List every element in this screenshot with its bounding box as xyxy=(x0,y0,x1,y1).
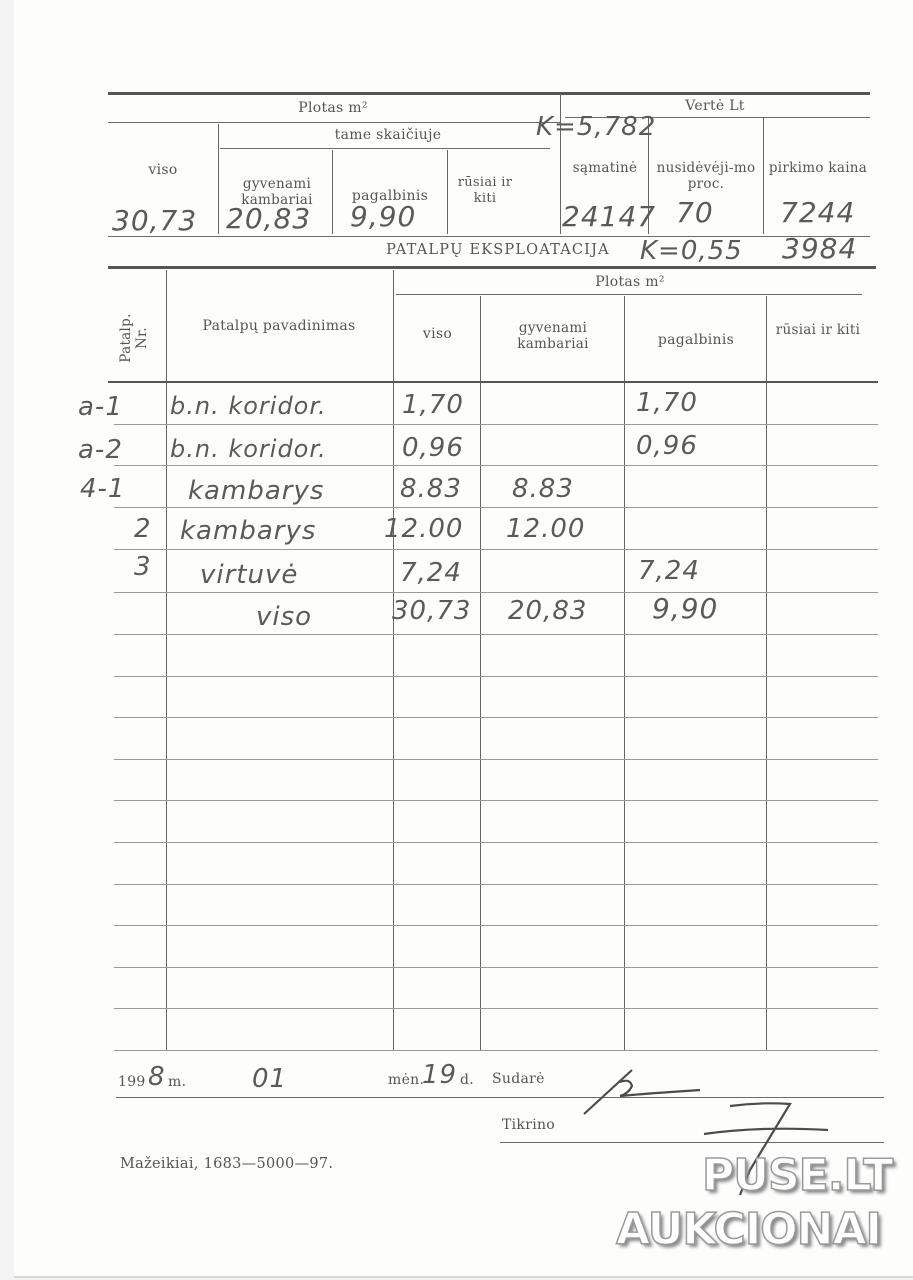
estimated-value: 24147 xyxy=(562,200,656,233)
room-auxiliary: 9,90 xyxy=(652,592,718,625)
room-name: b.n. koridor. xyxy=(170,435,327,463)
operation-value: 3984 xyxy=(782,232,857,265)
day-value: 19 xyxy=(422,1060,457,1090)
row-rule xyxy=(114,759,878,760)
divider xyxy=(220,148,550,149)
divider xyxy=(763,118,764,234)
area-group-header: Plotas m² xyxy=(395,274,865,290)
room-no: 3 xyxy=(134,552,152,582)
row-rule xyxy=(114,424,878,425)
year-prefix: 199 xyxy=(118,1074,146,1090)
purchase-price-header: pirkimo kaina xyxy=(766,160,870,176)
row-rule xyxy=(114,967,878,968)
column-divider xyxy=(624,296,625,1050)
operation-coefficient: K=0,55 xyxy=(640,236,743,266)
basements-header: rūsiai ir kiti xyxy=(450,175,520,207)
watermark-line2: AUKCIONAI xyxy=(616,1204,881,1255)
row-rule xyxy=(114,717,878,718)
room-name: viso xyxy=(256,602,312,632)
printer-note: Mažeikiai, 1683—5000—97. xyxy=(120,1156,333,1172)
header-bottom-border xyxy=(108,381,878,383)
divider xyxy=(396,294,862,295)
column-divider xyxy=(166,270,167,1050)
room-name-header: Patalpų pavadinimas xyxy=(168,318,390,334)
living-rooms-value: 20,83 xyxy=(226,202,311,235)
row-rule xyxy=(114,1050,878,1051)
depreciation-header: nusidėvėji-mo proc. xyxy=(652,160,760,192)
room-name: virtuvė xyxy=(200,560,298,590)
year-suffix: m. xyxy=(168,1074,186,1090)
room-total: 0,96 xyxy=(402,433,464,463)
total-header: viso xyxy=(108,162,218,178)
total-value: 30,73 xyxy=(112,204,197,237)
coefficient-handwritten: K=5,782 xyxy=(536,112,656,142)
row-rule xyxy=(114,676,878,677)
day-label: d. xyxy=(460,1072,474,1088)
room-auxiliary: 7,24 xyxy=(638,556,700,586)
room-auxiliary: 0,96 xyxy=(636,431,698,461)
row-rule xyxy=(114,465,878,466)
column-divider xyxy=(480,296,481,1050)
room-name: kambarys xyxy=(188,476,324,506)
row-rule xyxy=(114,800,878,801)
year-digit: 8 xyxy=(148,1062,166,1092)
room-no-header: Patalp. Nr. xyxy=(118,308,150,368)
estimated-header: sąmatinė xyxy=(562,160,648,176)
living-rooms-header: gyvenami kambariai xyxy=(484,320,622,352)
row-rule xyxy=(114,884,878,885)
row-rule xyxy=(114,592,878,593)
compiled-label: Sudarė xyxy=(492,1071,545,1087)
top-border xyxy=(108,92,870,95)
including-header: tame skaičiuje xyxy=(218,127,558,143)
room-total: 7,24 xyxy=(400,558,462,588)
room-no: a-1 xyxy=(78,392,123,422)
basements-header: rūsiai ir kiti xyxy=(768,322,868,338)
operation-label: PATALPŲ EKSPLOATACIJA xyxy=(348,242,648,258)
checked-label: Tikrino xyxy=(502,1117,555,1133)
room-total: 1,70 xyxy=(402,390,464,420)
month-label: mėn. xyxy=(388,1072,424,1088)
auxiliary-header: pagalbinis xyxy=(626,332,766,348)
room-name: b.n. koridor. xyxy=(170,392,327,420)
room-living: 8.83 xyxy=(512,474,574,504)
room-name: kambarys xyxy=(180,516,316,546)
depreciation-value: 70 xyxy=(676,196,714,229)
auxiliary-value: 9,90 xyxy=(350,200,416,233)
room-no: a-2 xyxy=(78,435,123,465)
row-rule xyxy=(114,549,878,550)
row-rule xyxy=(114,842,878,843)
divider xyxy=(332,150,333,234)
total-header: viso xyxy=(395,326,480,342)
room-no: 4-1 xyxy=(80,474,125,504)
row-rule xyxy=(114,1008,878,1009)
room-living: 12.00 xyxy=(506,514,585,544)
section-border xyxy=(108,266,876,269)
purchase-price-value: 7244 xyxy=(780,196,855,229)
signature-line xyxy=(116,1097,884,1098)
row-rule xyxy=(114,925,878,926)
watermark-line1: PUSE.LT xyxy=(702,1150,892,1201)
room-total: 30,73 xyxy=(392,596,471,626)
room-total: 12.00 xyxy=(384,514,463,544)
divider xyxy=(447,150,448,234)
room-living: 20,83 xyxy=(508,596,587,626)
room-auxiliary: 1,70 xyxy=(636,388,698,418)
area-group-header: Plotas m² xyxy=(108,100,558,116)
column-divider xyxy=(766,296,767,1050)
column-divider xyxy=(393,270,394,1050)
month-value: 01 xyxy=(252,1064,287,1094)
row-rule xyxy=(114,507,878,508)
divider xyxy=(108,122,560,123)
room-no: 2 xyxy=(134,514,152,544)
room-total: 8.83 xyxy=(400,474,462,504)
row-rule xyxy=(114,634,878,635)
divider xyxy=(108,236,870,237)
